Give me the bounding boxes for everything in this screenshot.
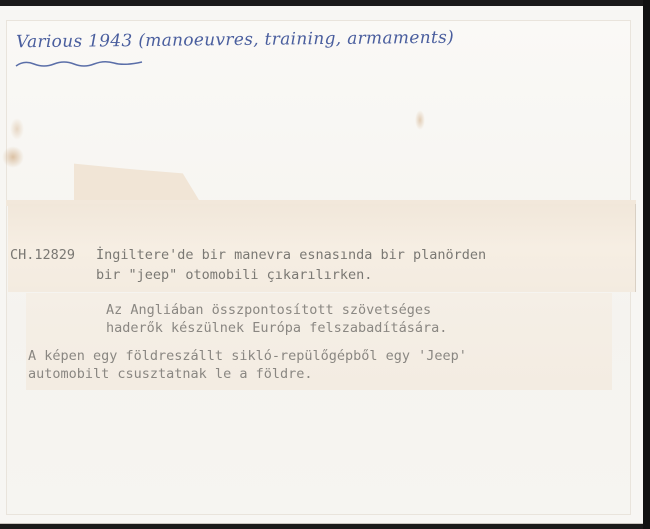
caption-line: Az Angliában összpontosított szövetséges — [106, 300, 431, 320]
caption-strip-turkish: CH.12829 İngiltere'de bir manevra esnası… — [8, 204, 636, 292]
handwritten-underline — [14, 58, 144, 70]
caption-line: automobilt csusztatnak le a földre. — [28, 364, 312, 384]
handwritten-note: Various 1943 (manoeuvres, training, arma… — [16, 28, 454, 53]
caption-strip-hungarian: Az Angliában összpontosított szövetséges… — [26, 293, 612, 390]
caption-line: A képen egy földreszállt sikló-repülőgép… — [28, 346, 467, 366]
caption-line: bir "jeep" otomobili çıkarılırken. — [96, 265, 372, 285]
scan-border-right — [643, 0, 650, 529]
reference-number: CH.12829 — [10, 245, 75, 265]
photo-card-back: Various 1943 (manoeuvres, training, arma… — [0, 6, 644, 524]
torn-paper-remnant — [74, 161, 202, 205]
stain-left — [2, 146, 24, 168]
caption-line: İngiltere'de bir manevra esnasında bir p… — [96, 245, 486, 265]
stain-center — [415, 110, 425, 130]
caption-line: haderők készülnek Európa felszabadításár… — [106, 318, 447, 338]
stain-left-2 — [10, 118, 24, 140]
